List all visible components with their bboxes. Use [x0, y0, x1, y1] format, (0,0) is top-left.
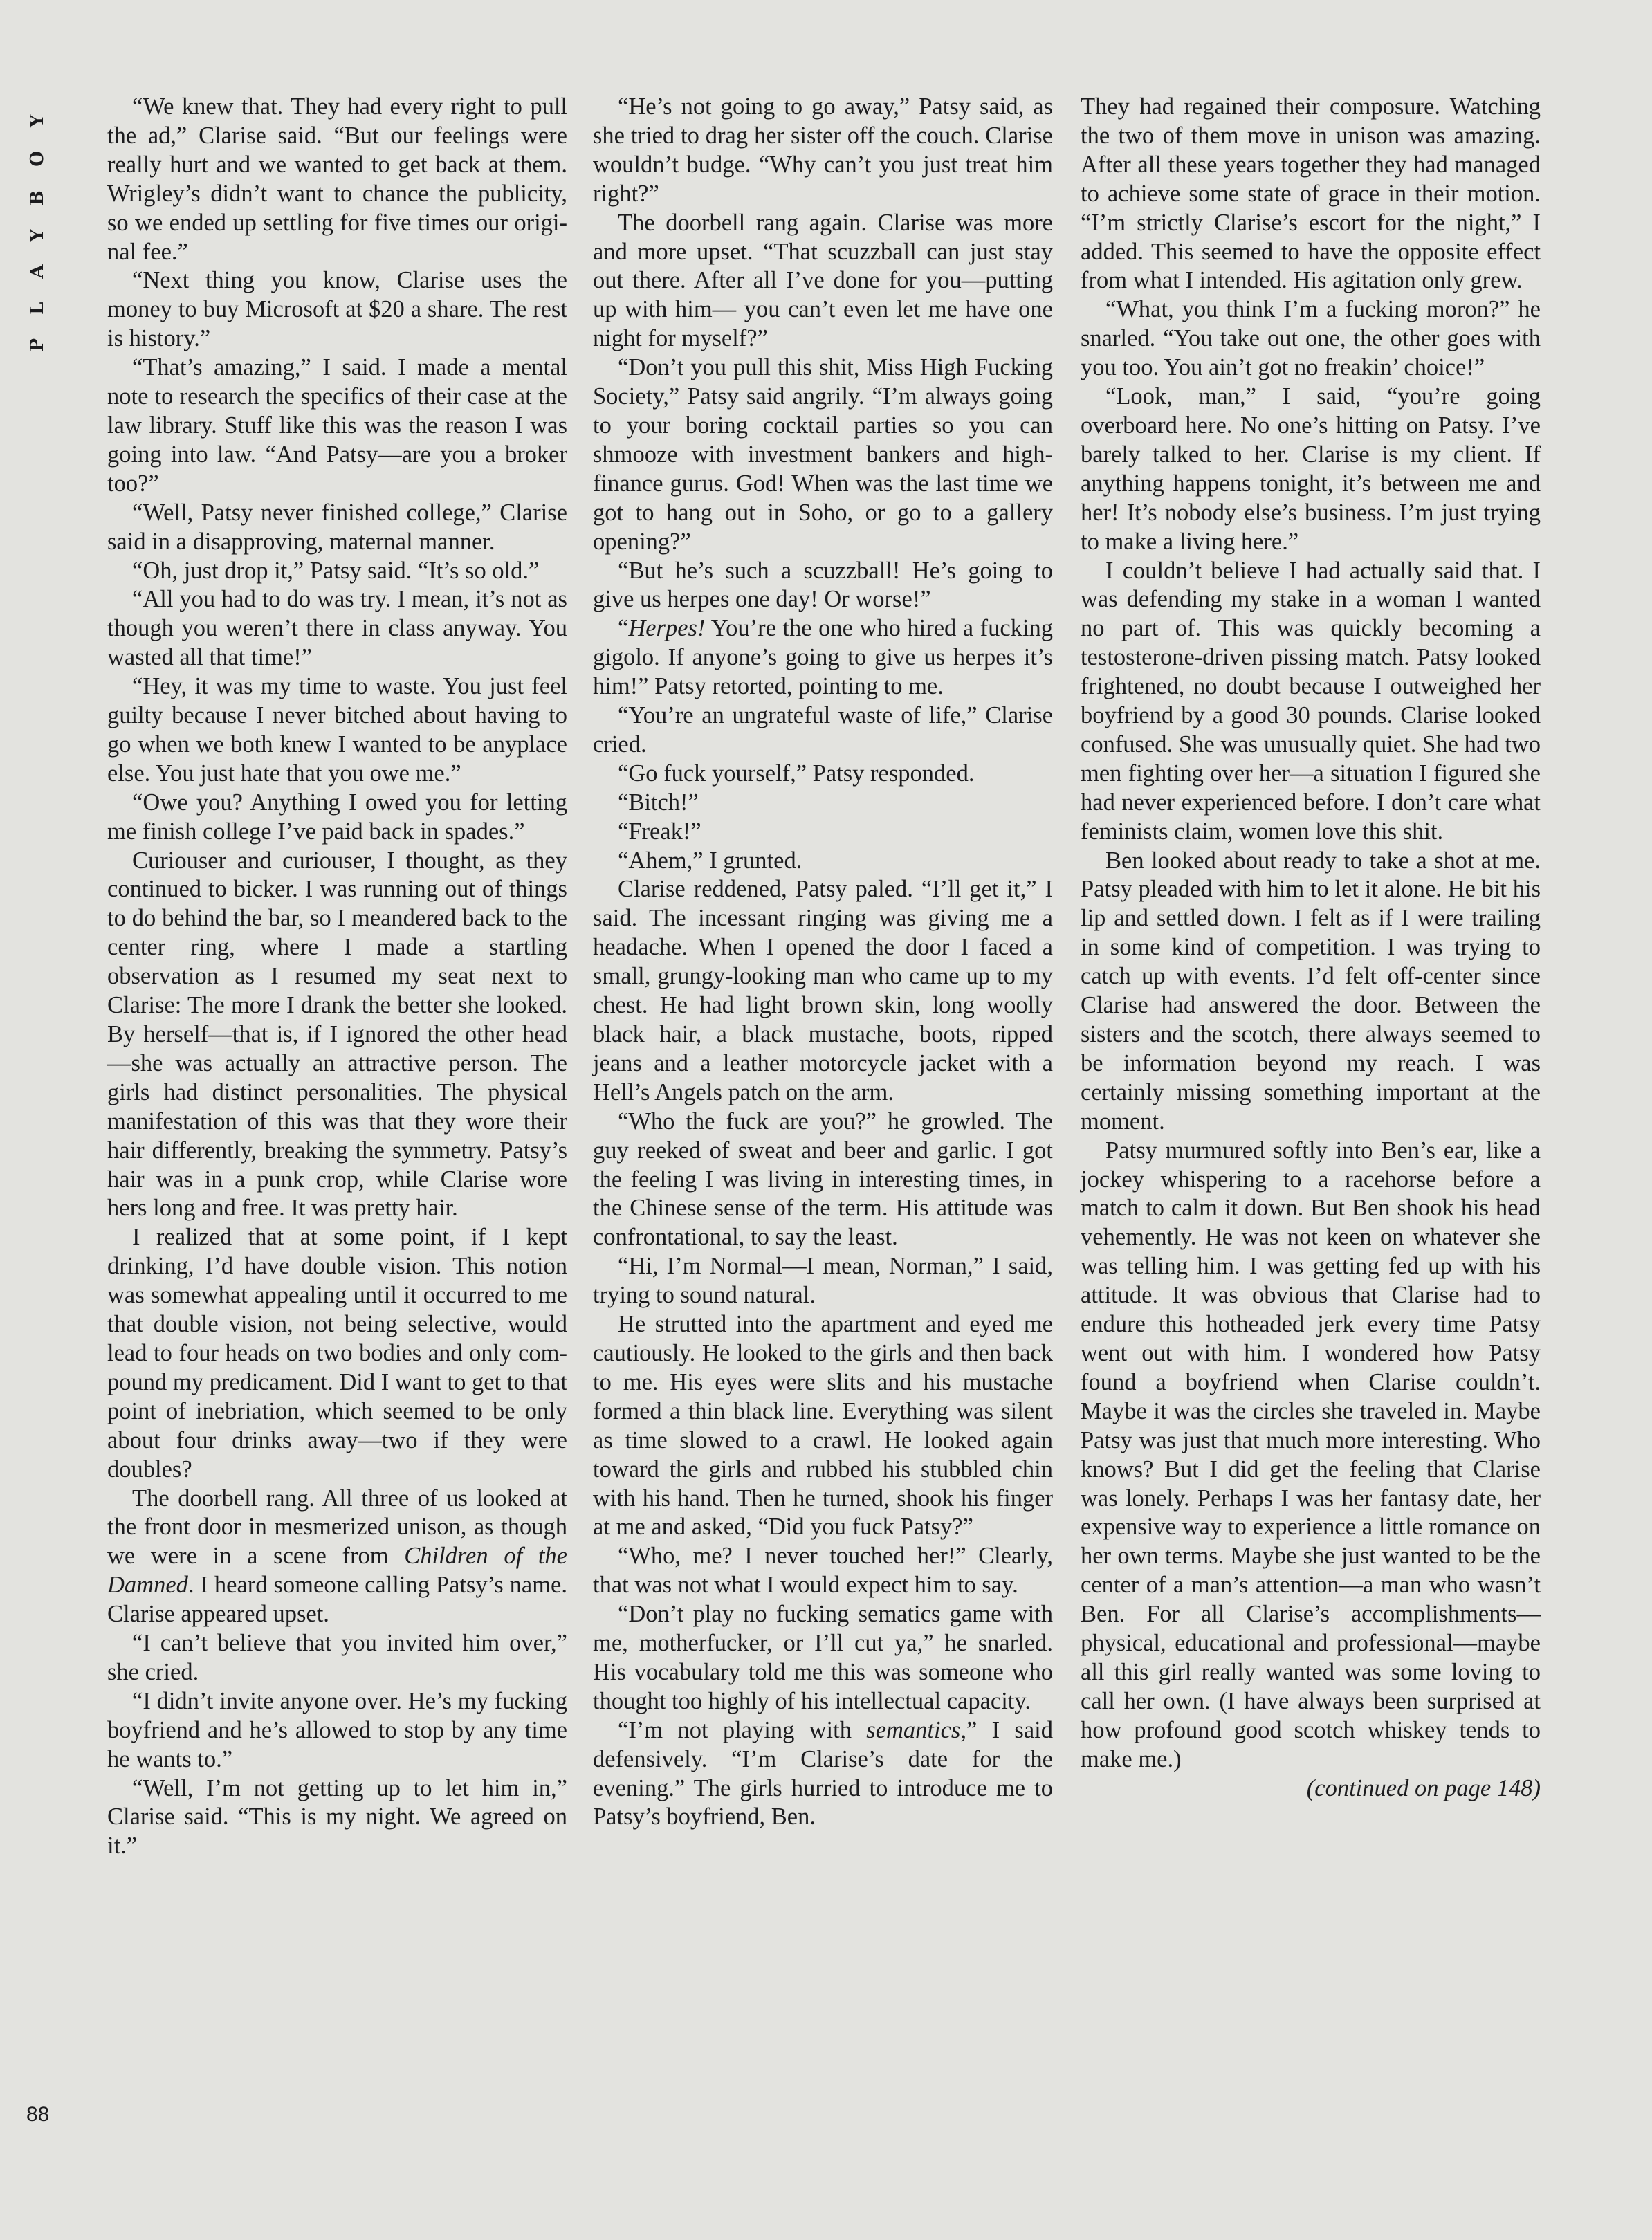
paragraph-text: “Bitch!”: [618, 789, 699, 816]
paragraph: “I can’t believe that you invited him ov…: [107, 1629, 567, 1687]
paragraph: The doorbell rang again. Clarise was mor…: [593, 209, 1053, 354]
paragraph-text: “Look, man,” I said, “you’re going overb…: [1081, 383, 1541, 555]
paragraph: He strutted into the apartment and eyed …: [593, 1310, 1053, 1542]
magazine-name: PLAYBOY: [27, 91, 48, 352]
paragraph-text: Patsy murmured softly into Ben’s ear, li…: [1081, 1137, 1541, 1772]
text-column-3: They had regained their composure. Watch…: [1081, 93, 1541, 1803]
paragraph-text: “I can’t believe that you invited him ov…: [107, 1630, 567, 1685]
paragraph: “Don’t you pull this shit, Miss High Fuc…: [593, 354, 1053, 556]
paragraph-text: “Who, me? I never touched her!” Clearly,…: [593, 1543, 1053, 1598]
magazine-side-label: PLAYBOY: [24, 97, 51, 346]
paragraph-text: “That’s amazing,” I said. I made a menta…: [107, 354, 567, 497]
paragraph-text: “Don’t play no fucking sematics game wit…: [593, 1601, 1053, 1714]
paragraph-text: Clarise reddened, Patsy paled. “I’ll get…: [593, 876, 1053, 1105]
paragraph: “Go fuck yourself,” Patsy responded.: [593, 760, 1053, 789]
paragraph-text: “Who the fuck are you?” he growled. The …: [593, 1108, 1053, 1251]
paragraph: “Oh, just drop it,” Patsy said. “It’s so…: [107, 557, 567, 586]
paragraph: “Well, Patsy never finished college,” Cl…: [107, 499, 567, 557]
paragraph: “That’s amazing,” I said. I made a menta…: [107, 354, 567, 499]
paragraph-text: “Hi, I’m Normal—I mean, Nor­man,” I said…: [593, 1253, 1053, 1308]
paragraph-text: “Well, I’m not getting up to let him in,…: [107, 1775, 567, 1860]
paragraph: “Hey, it was my time to waste. You just …: [107, 672, 567, 789]
paragraph: “Owe you? Anything I owed you for lettin…: [107, 789, 567, 847]
paragraph: Clarise reddened, Patsy paled. “I’ll get…: [593, 875, 1053, 1107]
paragraph-text: Ben looked about ready to take a shot at…: [1081, 847, 1541, 1135]
italic-title: semantics: [866, 1717, 960, 1743]
paragraph-text: “Freak!”: [618, 818, 701, 845]
paragraph-text: “Ahem,” I grunted.: [618, 847, 802, 874]
paragraph: “Don’t play no fucking sematics game wit…: [593, 1600, 1053, 1716]
text-column-1: “We knew that. They had every right to p…: [107, 93, 567, 1861]
paragraph-text: Curiouser and curiouser, I thought, as t…: [107, 847, 567, 1222]
paragraph-text: “All you had to do was try. I mean, it’s…: [107, 586, 567, 670]
paragraph: They had regained their composure. Watch…: [1081, 93, 1541, 295]
continued-notice: (continued on page 148): [1081, 1774, 1541, 1803]
paragraph: “Who, me? I never touched her!” Clearly,…: [593, 1542, 1053, 1600]
paragraph-text: They had regained their composure. Watch…: [1081, 93, 1541, 293]
paragraph: “Hi, I’m Normal—I mean, Nor­man,” I said…: [593, 1252, 1053, 1310]
text-column-2: “He’s not going to go away,” Patsy said,…: [593, 93, 1053, 1832]
page-number: 88: [26, 2103, 49, 2127]
paragraph-text: “But he’s such a scuzzball! He’s going t…: [593, 558, 1053, 613]
paragraph: “Well, I’m not getting up to let him in,…: [107, 1774, 567, 1862]
paragraph: Ben looked about ready to take a shot at…: [1081, 847, 1541, 1137]
paragraph-text: “Oh, just drop it,” Patsy said. “It’s so…: [132, 558, 539, 584]
paragraph-text: He strutted into the apartment and eyed …: [593, 1311, 1053, 1540]
paragraph: “Freak!”: [593, 818, 1053, 847]
paragraph-text: “: [618, 615, 628, 641]
paragraph: “All you had to do was try. I mean, it’s…: [107, 585, 567, 672]
paragraph-text: I realized that at some point, if I kept…: [107, 1224, 567, 1482]
paragraph-text: “Don’t you pull this shit, Miss High Fuc…: [593, 354, 1053, 554]
paragraph: “He’s not going to go away,” Patsy said,…: [593, 93, 1053, 209]
paragraph: “We knew that. They had every right to p…: [107, 93, 567, 266]
paragraph: “Herpes! You’re the one who hired a fuck…: [593, 614, 1053, 701]
paragraph: “Who the fuck are you?” he growled. The …: [593, 1108, 1053, 1253]
paragraph: “Bitch!”: [593, 789, 1053, 818]
italic-title: Herpes!: [628, 615, 705, 641]
paragraph: Patsy murmured softly into Ben’s ear, li…: [1081, 1137, 1541, 1774]
paragraph-text: “We knew that. They had every right to p…: [107, 93, 567, 265]
paragraph-text: “You’re an ungrateful waste of life,” Cl…: [593, 702, 1053, 758]
paragraph: “What, you think I’m a fucking mo­ron?” …: [1081, 295, 1541, 383]
paragraph: “But he’s such a scuzzball! He’s going t…: [593, 557, 1053, 615]
paragraph: “I didn’t invite anyone over. He’s my fu…: [107, 1687, 567, 1774]
paragraph: I realized that at some point, if I kept…: [107, 1223, 567, 1484]
paragraph: I couldn’t believe I had actually said t…: [1081, 557, 1541, 847]
paragraph-text: I couldn’t believe I had actually said t…: [1081, 558, 1541, 845]
paragraph-text: “Next thing you know, Clarise uses the m…: [107, 267, 567, 351]
paragraph-text: “I didn’t invite anyone over. He’s my fu…: [107, 1688, 567, 1772]
paragraph: Curiouser and curiouser, I thought, as t…: [107, 847, 567, 1224]
paragraph: “You’re an ungrateful waste of life,” Cl…: [593, 701, 1053, 760]
paragraph-text: “What, you think I’m a fucking mo­ron?” …: [1081, 296, 1541, 380]
paragraph: “I’m not playing with semantics,” I said…: [593, 1716, 1053, 1833]
paragraph: “Ahem,” I grunted.: [593, 847, 1053, 876]
paragraph: “Look, man,” I said, “you’re going overb…: [1081, 383, 1541, 556]
paragraph-text: “Owe you? Anything I owed you for lettin…: [107, 789, 567, 845]
paragraph-text: The doorbell rang again. Clarise was mor…: [593, 210, 1053, 352]
paragraph: The doorbell rang. All three of us looke…: [107, 1485, 567, 1630]
paragraph-text: “Hey, it was my time to waste. You just …: [107, 673, 567, 787]
paragraph: “Next thing you know, Clarise uses the m…: [107, 266, 567, 354]
paragraph-text: “Well, Patsy never finished college,” Cl…: [107, 499, 567, 555]
paragraph-text: “I’m not playing with: [618, 1717, 866, 1743]
paragraph-text: “Go fuck yourself,” Patsy responded.: [618, 760, 974, 787]
paragraph-text: “He’s not going to go away,” Patsy said,…: [593, 93, 1053, 207]
